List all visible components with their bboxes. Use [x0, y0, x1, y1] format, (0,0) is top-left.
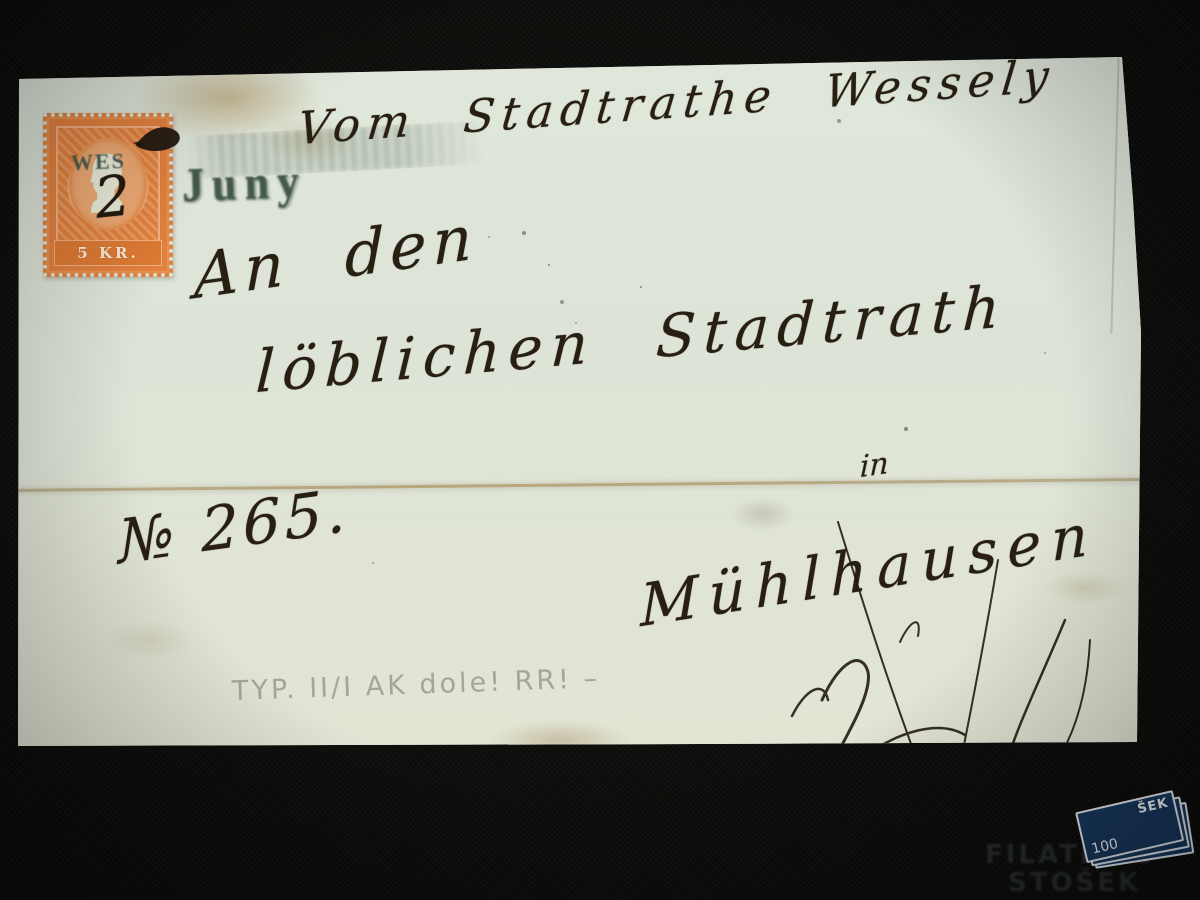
postmark-date-juny: Juny — [181, 154, 308, 213]
photo-background: Juny 5 KR. WES 2 Vom Stadt — [0, 0, 1200, 900]
handwriting-address-muehlhausen: Mühlhausen — [639, 499, 1098, 640]
pencil-expert-note: TYP. II/I AK dole! RR! – — [231, 663, 600, 707]
foxing-specks — [0, 0, 2, 2]
right-edge-crease — [1110, 58, 1119, 334]
handwriting-address-in: in — [859, 446, 889, 486]
letter-paper: Juny 5 KR. WES 2 Vom Stadt — [0, 0, 1200, 900]
manuscript-rate-mark: 2 — [92, 163, 134, 231]
stamp: 5 KR. WES 2 — [43, 113, 173, 277]
handwriting-docket-number: № 265. — [117, 475, 351, 578]
watermark-100-label: 100 — [1090, 836, 1120, 858]
dealer-watermark-logo: ŠEK 100 — [1075, 787, 1200, 884]
ink-blot-icon — [131, 119, 189, 163]
watermark-sek-label: ŠEK — [1136, 796, 1170, 818]
stamp-denomination: 5 KR. — [77, 244, 138, 262]
handwriting-sender-line: Vom Stadtrathe Wessely — [295, 49, 1058, 155]
fold-crease — [0, 478, 1145, 492]
handwriting-address-loeblichen-stadtrath: löblichen Stadtrath — [254, 272, 1009, 406]
stamp-denomination-tablet: 5 KR. — [54, 240, 162, 266]
handwriting-address-an-den: An den — [194, 200, 478, 314]
